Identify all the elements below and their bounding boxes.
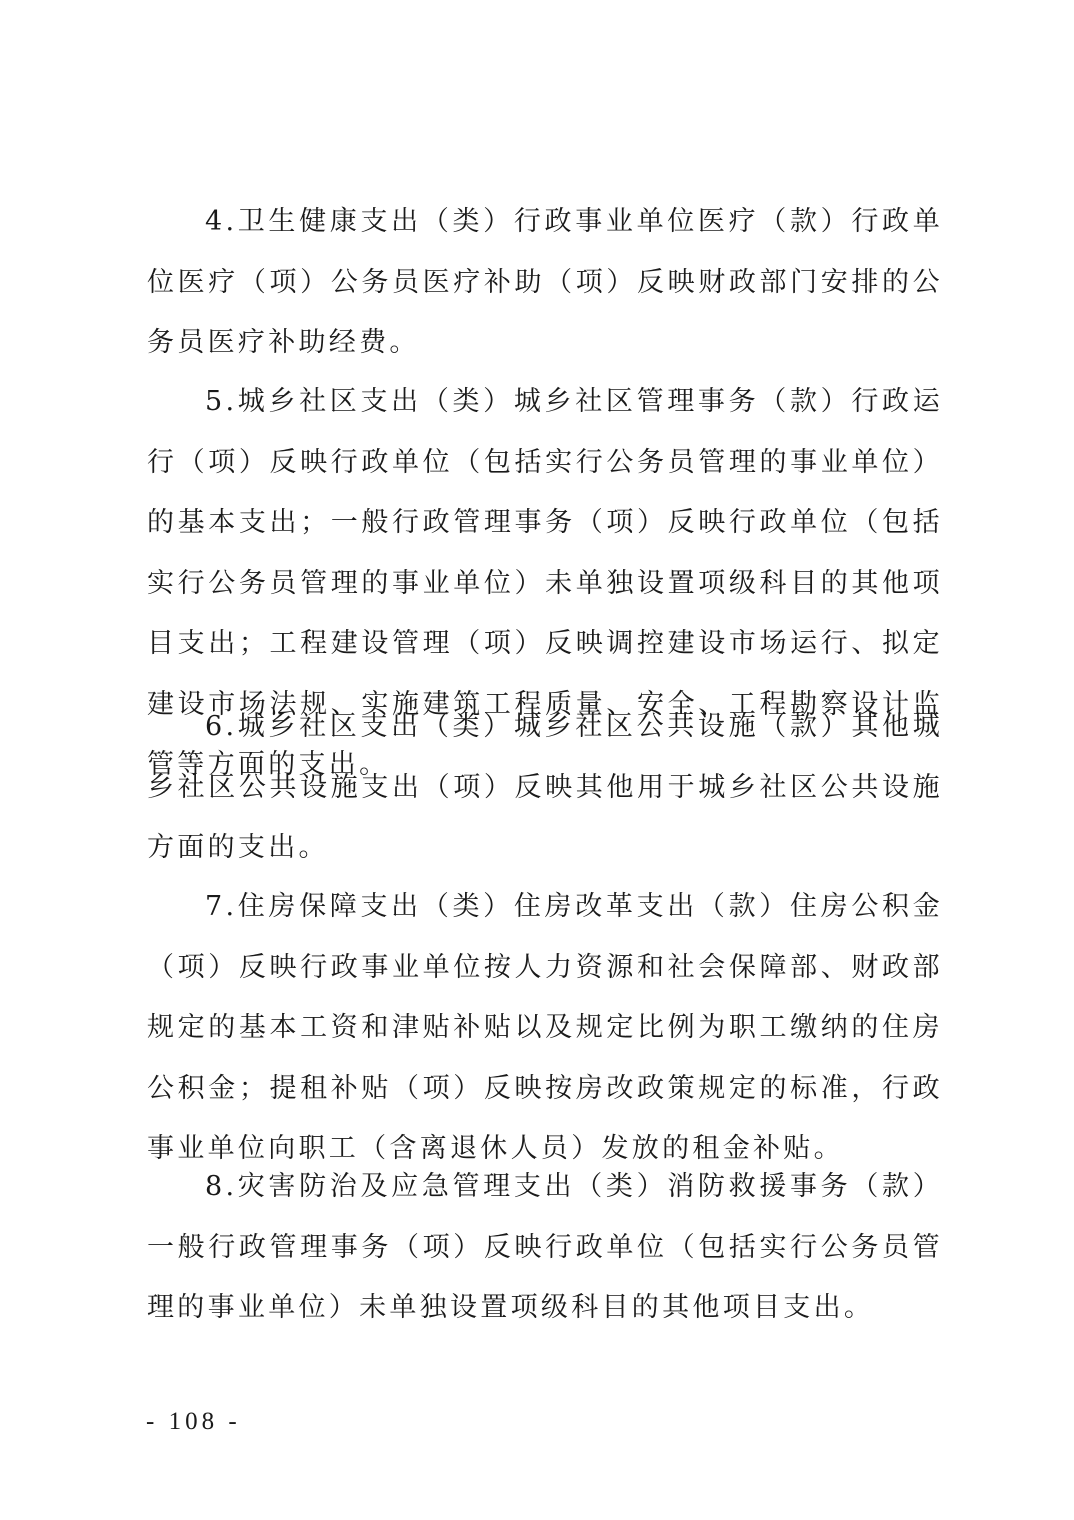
paragraph-item-7: 7.住房保障支出（类）住房改革支出（款）住房公积金（项）反映行政事业单位按人力资…: [147, 877, 943, 1180]
page-number: - 108 -: [146, 1408, 241, 1436]
paragraph-item-4: 4.卫生健康支出（类）行政事业单位医疗（款）行政单位医疗（项）公务员医疗补助（项…: [147, 192, 943, 374]
paragraph-item-8: 8.灾害防治及应急管理支出（类）消防救援事务（款）一般行政管理事务（项）反映行政…: [147, 1157, 943, 1339]
document-page: 4.卫生健康支出（类）行政事业单位医疗（款）行政单位医疗（项）公务员医疗补助（项…: [0, 0, 1074, 1520]
paragraph-item-6: 6.城乡社区支出（类）城乡社区公共设施（款）其他城乡社区公共设施支出（项）反映其…: [147, 697, 943, 879]
